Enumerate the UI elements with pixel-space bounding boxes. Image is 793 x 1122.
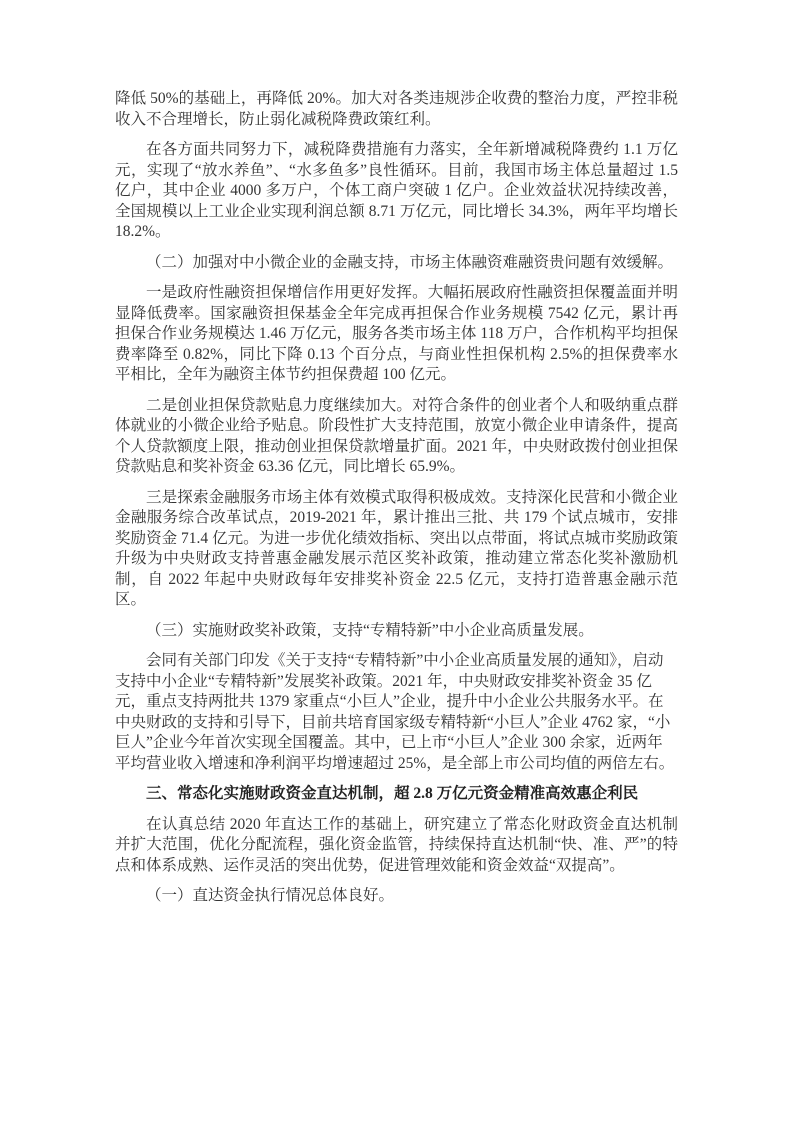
- subsection-heading: （三）实施财政奖补政策，支持“专精特新”中小企业高质量发展。: [115, 621, 678, 642]
- body-paragraph: 在认真总结 2020 年直达工作的基础上，研究建立了常态化财政资金直达机制并扩大…: [115, 815, 678, 877]
- section-heading: 三、常态化实施财政资金直达机制，超 2.8 万亿元资金精准高效惠企利民: [115, 784, 678, 805]
- body-paragraph: 三是探索金融服务市场主体有效模式取得积极成效。支持深化民营和小微企业金融服务综合…: [115, 488, 678, 611]
- body-paragraph: 一是政府性融资担保增信作用更好发挥。大幅拓展政府性融资担保覆盖面并明显降低费率。…: [115, 283, 678, 386]
- subsection-heading: （一）直达资金执行情况总体良好。: [115, 886, 678, 907]
- document-page: 降低 50%的基础上，再降低 20%。加大对各类违规涉企收费的整治力度，严控非税…: [0, 0, 793, 1122]
- body-paragraph: 在各方面共同努力下，减税降费措施有力落实，全年新增减税降费约 1.1 万亿元，实…: [115, 140, 678, 243]
- body-paragraph: 二是创业担保贷款贴息力度继续加大。对符合条件的创业者个人和吸纳重点群体就业的小微…: [115, 396, 678, 478]
- subsection-heading: （二）加强对中小微企业的金融支持，市场主体融资难融资贵问题有效缓解。: [115, 253, 678, 274]
- page-text-column: 降低 50%的基础上，再降低 20%。加大对各类违规涉企收费的整治力度，严控非税…: [115, 89, 678, 907]
- body-paragraph-continuation: 降低 50%的基础上，再降低 20%。加大对各类违规涉企收费的整治力度，严控非税…: [115, 89, 678, 130]
- body-paragraph: 会同有关部门印发《关于支持“专精特新”中小企业高质量发展的通知》，启动支持中小企…: [115, 651, 678, 774]
